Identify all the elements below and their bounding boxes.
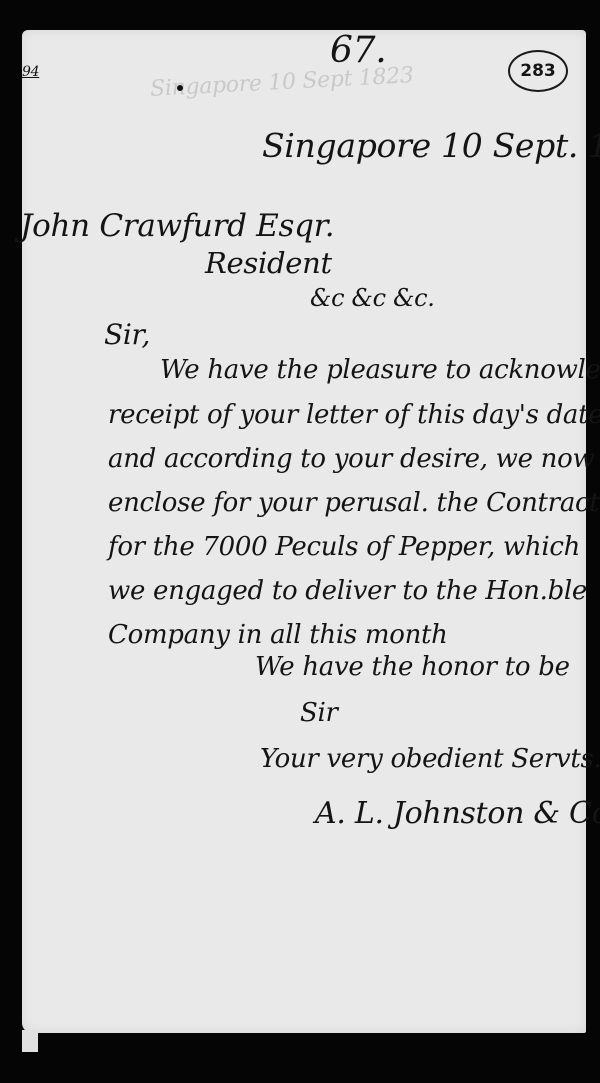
place-date: Singapore 10 Sept. 1823 (262, 126, 600, 165)
body-line: and according to your desire, we now (108, 444, 594, 474)
signature: A. L. Johnston & Co. (315, 796, 600, 831)
addressee-title: Resident (205, 246, 332, 280)
body-line: enclose for your perusal. the Contract (108, 488, 599, 518)
body-line: We have the pleasure to acknowledge (160, 355, 600, 385)
body-line: Company in all this month (108, 620, 448, 650)
ink-spot (177, 85, 183, 91)
closing-sir: Sir (300, 698, 338, 728)
folio-number: 67. (330, 30, 386, 71)
closing: We have the honor to be (255, 652, 570, 682)
body-line: for the 7000 Peculs of Pepper, which (108, 532, 580, 562)
body-line: receipt of your letter of this day's dat… (108, 400, 600, 430)
etcetera: &c &c &c. (310, 284, 435, 312)
margin-number: 94 (22, 64, 39, 80)
closing-servants: Your very obedient Servts. (260, 744, 600, 774)
page-tab-stub (22, 1030, 38, 1052)
salutation: Sir, (104, 318, 150, 351)
addressee: John Crawfurd Esqr. (20, 208, 334, 244)
archive-stamp: 283 (508, 50, 568, 92)
body-line: we engaged to deliver to the Hon.ble (108, 576, 587, 606)
